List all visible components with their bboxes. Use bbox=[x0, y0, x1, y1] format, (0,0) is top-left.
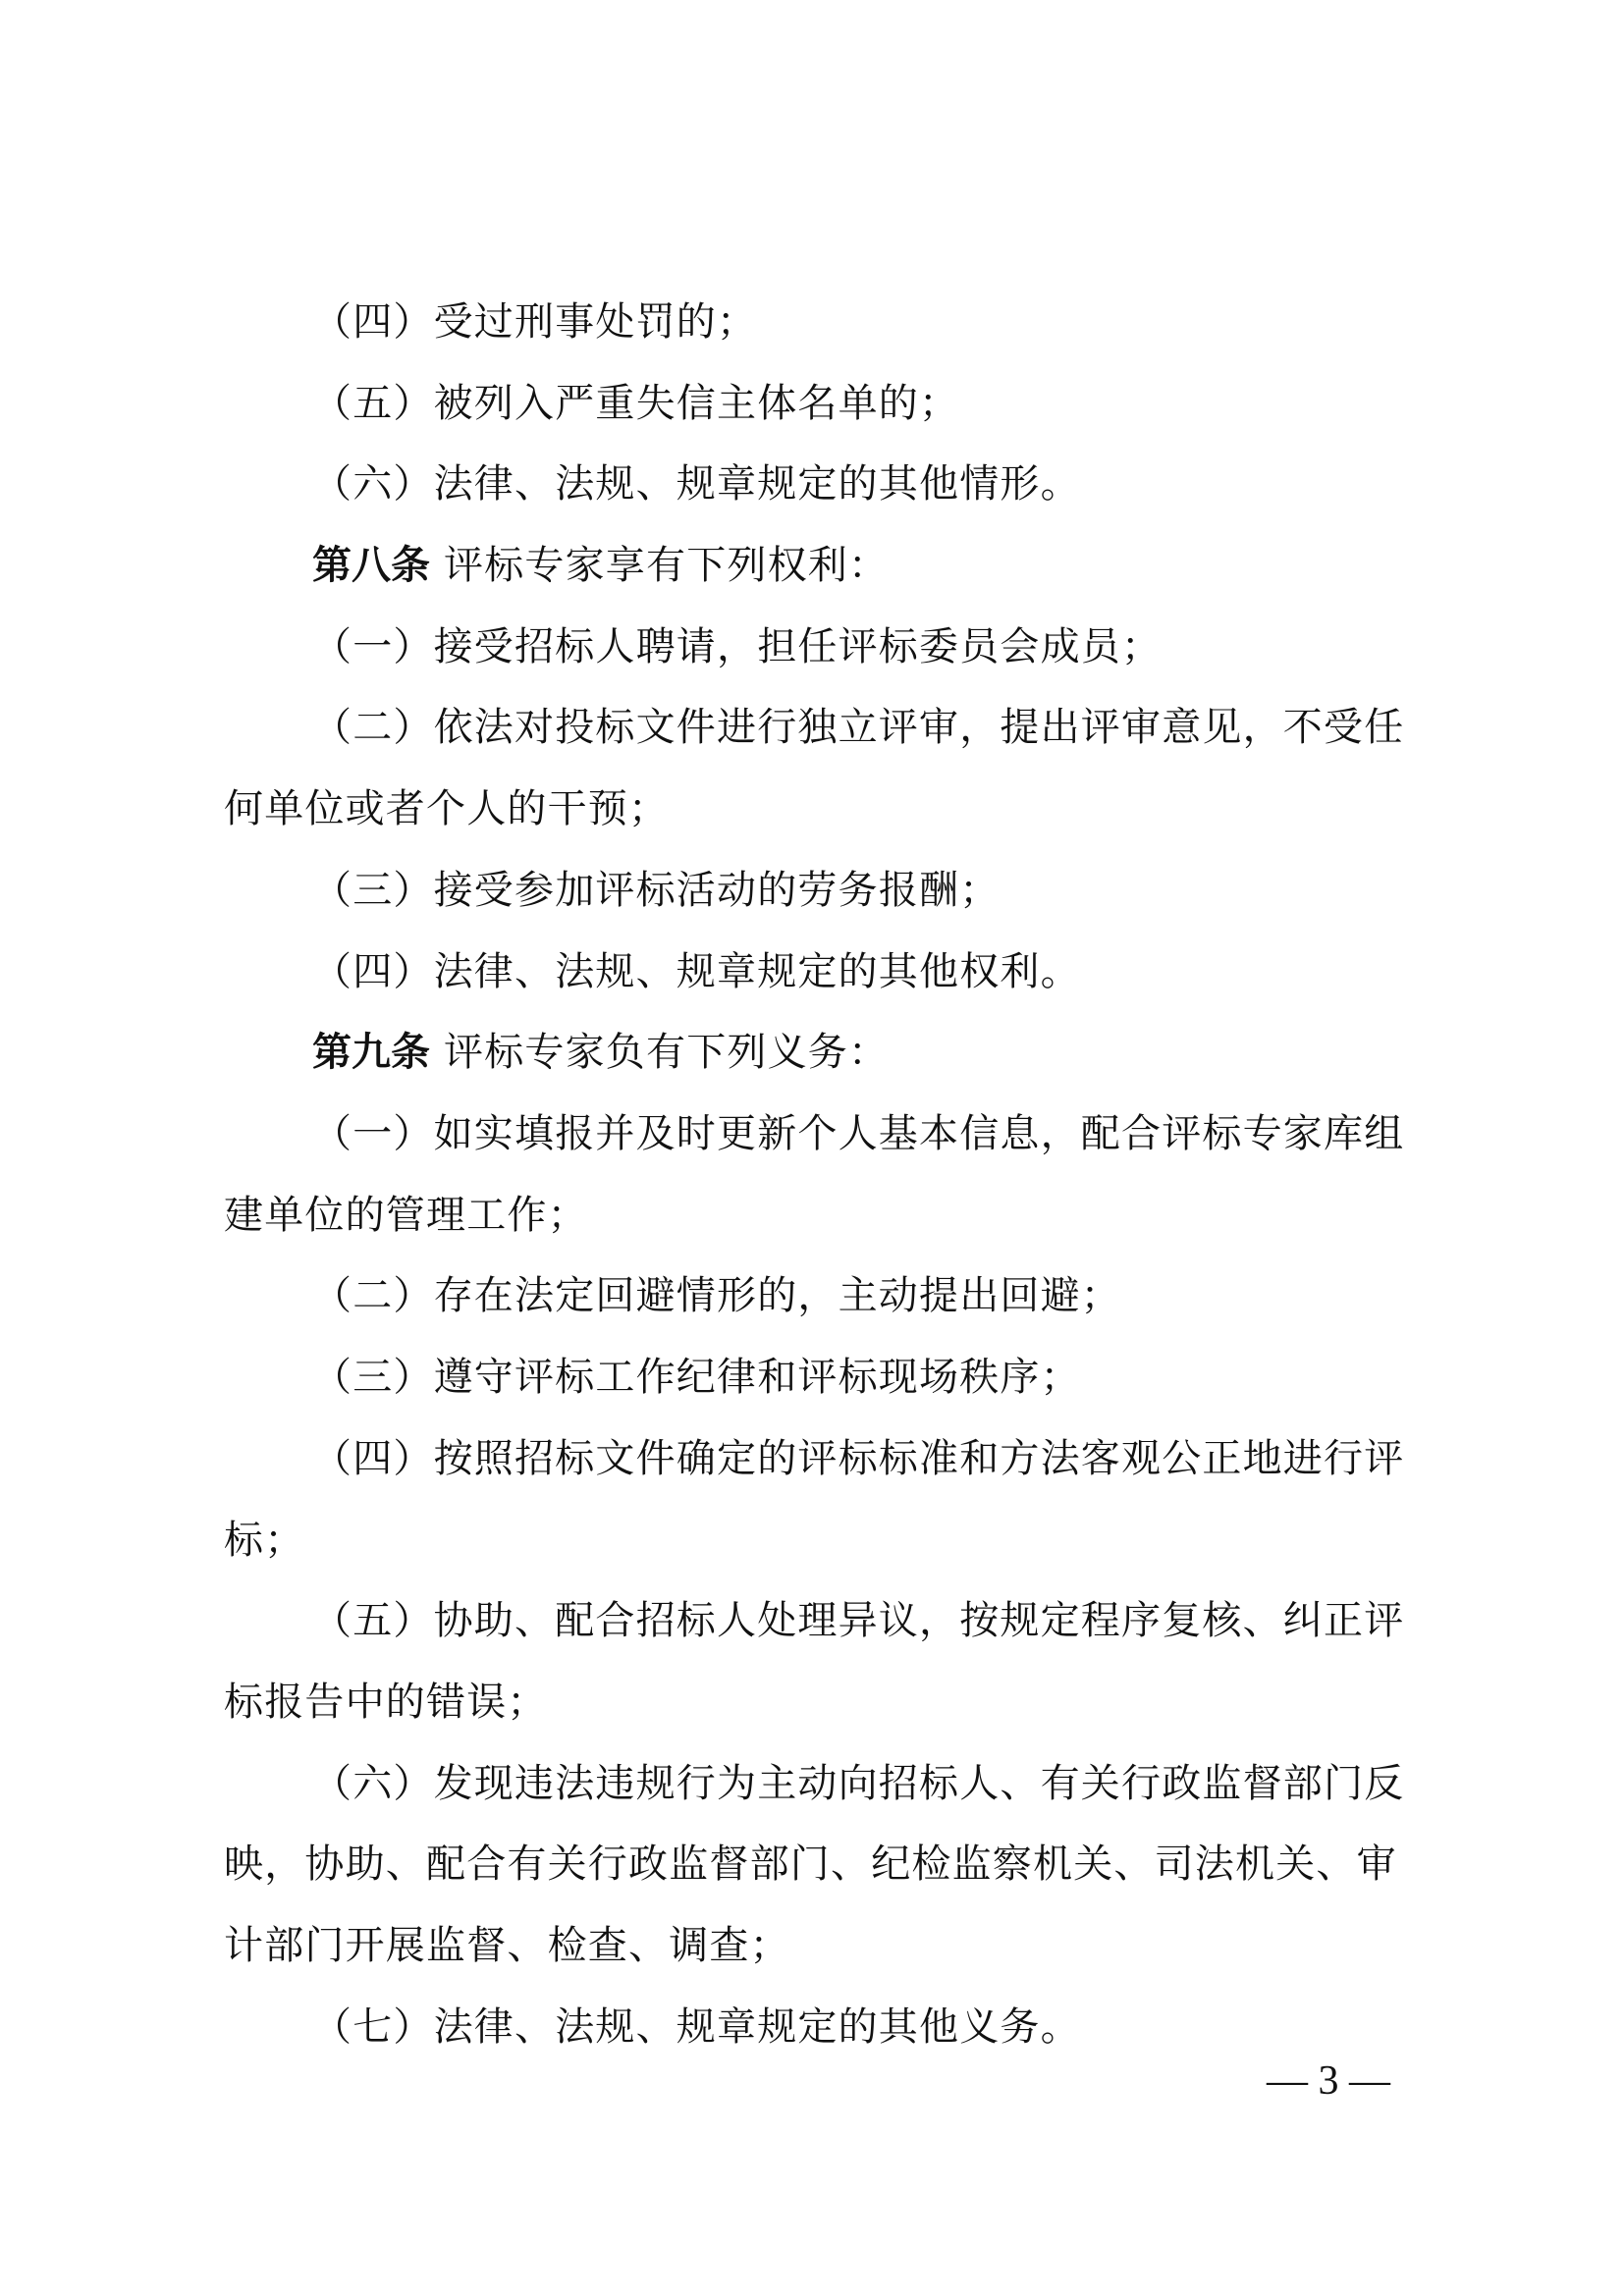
article-9-item-4: （四）按照招标文件确定的评标标准和方法客观公正地进行评 bbox=[312, 1429, 1510, 1488]
article-9-item-1: （一）如实填报并及时更新个人基本信息，配合评标专家库组 bbox=[312, 1104, 1510, 1163]
article-8-item-3: （三）接受参加评标活动的劳务报酬； bbox=[312, 861, 1510, 920]
article-8-item-2: （二）依法对投标文件进行独立评审，提出评审意见，不受任 bbox=[312, 698, 1510, 757]
article-9-text: 评标专家负有下列义务： bbox=[444, 1030, 889, 1075]
article-9-item-3: （三）遵守评标工作纪律和评标现场秩序； bbox=[312, 1348, 1510, 1407]
article-9-heading: 第九条评标专家负有下列义务： bbox=[312, 1023, 1510, 1082]
article-9-item-6: （六）发现违法违规行为主动向招标人、有关行政监督部门反 bbox=[312, 1754, 1510, 1813]
article-9-item-1-cont: 建单位的管理工作； bbox=[224, 1186, 1422, 1245]
article-9-item-6-cont-2: 计部门开展监督、检查、调查； bbox=[224, 1916, 1422, 1975]
article-8-item-2-cont: 何单位或者个人的干预； bbox=[224, 779, 1422, 838]
article-8-item-4: （四）法律、法规、规章规定的其他权利。 bbox=[312, 942, 1510, 1001]
article-9-item-2: （二）存在法定回避情形的，主动提出回避； bbox=[312, 1266, 1510, 1325]
page-number: — 3 — bbox=[1267, 2054, 1390, 2109]
article-9-item-7: （七）法律、法规、规章规定的其他义务。 bbox=[312, 1998, 1510, 2056]
article-8-item-1: （一）接受招标人聘请，担任评标委员会成员； bbox=[312, 617, 1510, 676]
article-9-item-6-cont-1: 映，协助、配合有关行政监督部门、纪检监察机关、司法机关、审 bbox=[224, 1835, 1422, 1894]
article-8-label: 第八条 bbox=[312, 543, 430, 588]
article-8-heading: 第八条评标专家享有下列权利： bbox=[312, 536, 1510, 595]
article-9-item-5: （五）协助、配合招标人处理异议，按规定程序复核、纠正评 bbox=[312, 1591, 1510, 1650]
article-9-item-4-cont: 标； bbox=[224, 1511, 1422, 1570]
document-page: （四）受过刑事处罚的； （五）被列入严重失信主体名单的； （六）法律、法规、规章… bbox=[0, 0, 1624, 2296]
list-item-prev-4: （四）受过刑事处罚的； bbox=[312, 293, 1510, 351]
article-8-text: 评标专家享有下列权利： bbox=[444, 543, 889, 588]
article-9-item-5-cont: 标报告中的错误； bbox=[224, 1673, 1422, 1732]
list-item-prev-6: （六）法律、法规、规章规定的其他情形。 bbox=[312, 454, 1510, 513]
list-item-prev-5: （五）被列入严重失信主体名单的； bbox=[312, 374, 1510, 433]
article-9-label: 第九条 bbox=[312, 1030, 430, 1075]
